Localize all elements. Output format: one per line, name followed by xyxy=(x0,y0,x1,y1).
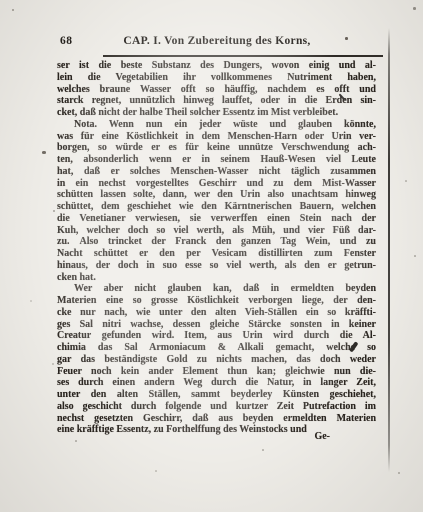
paragraph: ser ist die beste Substanz des Dungers, … xyxy=(57,60,376,119)
scan-speck xyxy=(405,180,407,182)
text-line: also geschicht durch folgende und kurtze… xyxy=(57,401,376,413)
text-line: Materien eine so grosse Köstlichkeit ver… xyxy=(57,295,376,307)
text-line: Wer aber nicht glauben kan, daß in ermel… xyxy=(57,283,376,295)
text-line: cken hat. xyxy=(57,272,376,284)
scan-speck xyxy=(12,9,14,11)
text-line: Nacht schüttet er den per Vesicam distil… xyxy=(57,248,376,260)
text-line: was für eine Köstlichkeit in dem Mensche… xyxy=(57,131,376,143)
header-rule xyxy=(103,55,383,57)
text-line: Kuh, welcher doch so viel werth, als Müh… xyxy=(57,225,376,237)
text-line: lein die Vegetabilien ihr vollkommenes N… xyxy=(57,72,376,84)
text-line: gar das beständigste Gold zu nichts mach… xyxy=(57,354,376,366)
text-line: ges Sal nitri wachse, dessen gleiche Stä… xyxy=(57,319,376,331)
text-line: schütten lassen solte, dann, wer den Uri… xyxy=(57,189,376,201)
scan-speck xyxy=(30,300,32,302)
text-line: unter den alten Ställen, sammt beyderley… xyxy=(57,389,376,401)
text-line: cke nur nach, wie unter den alten Vieh-S… xyxy=(57,307,376,319)
text-line: hat, daß er solches Menschen-Wasser nich… xyxy=(57,166,376,178)
catchword: Ge- xyxy=(57,431,376,443)
text-line: Feuer noch kein ander Element thun kan; … xyxy=(57,366,376,378)
text-line: cket, daß nicht der halbe Theil solcher … xyxy=(57,107,376,119)
text-line: Creatur gefunden wird. Item, aus Urin wi… xyxy=(57,330,376,342)
text-line: ten, absonderlich wenn er in seinem Hauß… xyxy=(57,154,376,166)
scan-speck xyxy=(262,449,264,451)
scan-speck xyxy=(52,363,54,365)
paragraph: Wer aber nicht glauben kan, daß in ermel… xyxy=(57,283,376,436)
text-line: Nota. Wenn nun ein jeder wüste und glaub… xyxy=(57,119,376,131)
text-line: ser ist die beste Substanz des Dungers, … xyxy=(57,60,376,72)
scan-speck xyxy=(413,7,416,10)
text-line: in ein nechst vorgestelltes Geschirr und… xyxy=(57,178,376,190)
text-line: ses durch einen andern Weg durch die Nat… xyxy=(57,377,376,389)
body-text: ser ist die beste Substanz des Dungers, … xyxy=(57,60,376,436)
text-line: chimia das Sal Armoniacum & Alkali gemac… xyxy=(57,342,376,354)
text-line: die Venetianer verwiesen, sie verwerffen… xyxy=(57,213,376,225)
text-line: starck regnet, unnützlich hinweg lauffet… xyxy=(57,95,376,107)
scan-speck xyxy=(155,470,157,472)
scan-speck xyxy=(75,440,77,442)
page-gutter-line xyxy=(388,28,390,472)
text-line: schüttet, dem geschiehet wie den Kärntne… xyxy=(57,201,376,213)
scan-speck xyxy=(414,255,416,257)
chapter-title: CAP. I. Von Zubereitung des Korns, xyxy=(57,35,377,47)
running-head: 68 CAP. I. Von Zubereitung des Korns, xyxy=(57,35,377,50)
text-line: nechst gesetzten Geschirr, daß aus beyde… xyxy=(57,413,376,425)
scan-speck xyxy=(53,210,55,212)
scan-speck xyxy=(42,151,46,154)
scan-speck xyxy=(398,472,400,474)
catchword-block: Ge- xyxy=(57,431,376,443)
text-line: hinaus, der doch in suo esse so viel wer… xyxy=(57,260,376,272)
text-line: zu. Also trincket der Franck den ganzen … xyxy=(57,236,376,248)
scan-speck xyxy=(345,37,348,40)
scanned-book-page: 68 CAP. I. Von Zubereitung des Korns, se… xyxy=(0,0,423,512)
paragraph: Nota. Wenn nun ein jeder wüste und glaub… xyxy=(57,119,376,284)
text-line: welches braune Wasser offt so häuffig, n… xyxy=(57,84,376,96)
text-line: borgen, so würde er es für keine unnütze… xyxy=(57,142,376,154)
